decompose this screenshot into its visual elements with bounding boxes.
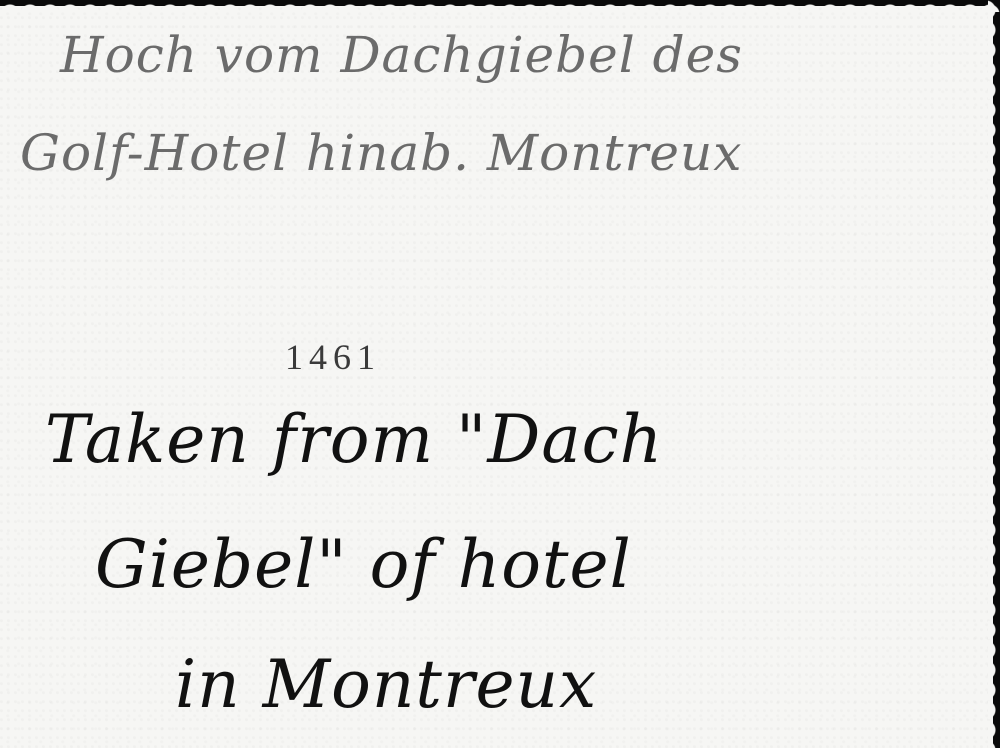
deckle-edge-right xyxy=(988,0,1000,748)
pencil-note-line-1: Hoch vom Dachgiebel des xyxy=(60,26,743,84)
ink-note-line-3: in Montreux xyxy=(175,646,597,723)
catalog-number: 1461 xyxy=(285,336,381,378)
pencil-note-line-2: Golf-Hotel hinab. Montreux xyxy=(20,124,742,182)
ink-note-line-1: Taken from "Dach xyxy=(45,401,663,478)
ink-note-line-2: Giebel" of hotel xyxy=(95,526,632,603)
deckle-edge-top xyxy=(0,0,1000,12)
photo-back-card: Hoch vom Dachgiebel des Golf-Hotel hinab… xyxy=(0,6,993,748)
